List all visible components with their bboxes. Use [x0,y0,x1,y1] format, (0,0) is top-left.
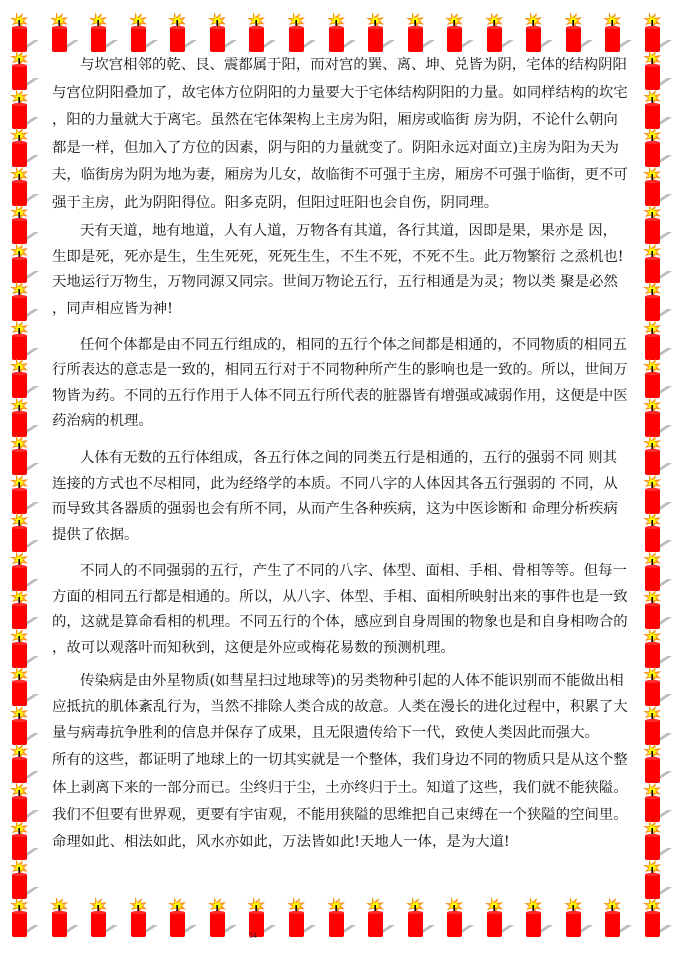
text-line: ，故可以观落叶而知秋到，这便是外应或梅花易数的预测机理。 [52,639,455,657]
firecracker-icon [6,280,40,324]
text-line: 强于主房，此为阴阳得位。阳多克阴，但阳过旺阳也会自伤，阴同理。 [52,194,498,212]
firecracker-icon [6,665,40,709]
firecracker-icon [283,896,317,940]
firecracker-icon [639,511,673,555]
firecracker-icon [639,126,673,170]
firecracker-icon [639,88,673,132]
firecracker-icon [481,11,515,55]
firecracker-icon [6,357,40,401]
firecracker-icon [6,396,40,440]
firecracker-icon [6,319,40,363]
firecracker-icon [204,896,238,940]
firecracker-icon [85,896,119,940]
firecracker-icon [6,434,40,478]
firecracker-icon [6,858,40,902]
firecracker-icon [164,11,198,55]
text-line: 连接的方式也不尽相同，此为经络学的本质。不同八字的人体因其各五行强弱的 不同，从 [52,475,618,493]
firecracker-icon [243,11,277,55]
text-line: 行所表达的意志是一致的，相同五行对于不同物种所产生的影响也是一致的。所以，世间万 [52,361,628,379]
firecracker-icon [639,357,673,401]
text-line: 天地运行万物生，万物同源又同宗。世间万物论五行，五行相通是为灵；物以类 聚是必然 [52,273,618,291]
firecracker-icon [639,165,673,209]
firecracker-icon [520,896,554,940]
firecracker-icon [6,550,40,594]
firecracker-icon [639,896,673,940]
text-line: 命理如此、相法如此，风水亦如此，万法皆如此!天地人一体，是为大道! [52,833,510,851]
firecracker-icon [639,550,673,594]
text-line: 夫，临街房为阴为地为妻，厢房为儿女，故临街不可强于主房，厢房不可强于临街，更不可 [52,166,628,184]
page-number: 54 [249,931,257,940]
text-line: 都是一样，但加入了方位的因素，阴与阳的力量就变了。阴阳永远对面立)主房为阳为天为 [52,139,619,157]
firecracker-icon [6,511,40,555]
firecracker-icon [125,896,159,940]
firecracker-icon [441,11,475,55]
firecracker-icon [520,11,554,55]
text-line: 而导致其各器质的强弱也会有所不同，从而产生各种疾病，这为中医诊断和 命理分析疾病 [52,500,618,518]
firecracker-icon [125,11,159,55]
firecracker-icon [599,896,633,940]
firecracker-icon [402,11,436,55]
text-line: 生即是死，死亦是生，生生死死，死死生生，不生不死，不死不生。此万物繁衍 之烝机也… [52,248,624,266]
text-line: 提供了依据。 [52,526,138,544]
firecracker-icon [6,896,40,940]
text-line: 不同人的不同强弱的五行，产生了不同的八字、体型、面相、手相、骨相等等。但每一 [80,562,627,580]
text-line: 应抵抗的肌体紊乱行为，当然不排除人类合成的故意。人类在漫长的进化过程中，积累了大 [52,698,628,716]
firecracker-icon [639,11,673,55]
firecracker-icon [639,665,673,709]
text-line: 我们不但要有世界观，更要有宇宙观，不能用狭隘的思维把自己束缚在一个狭隘的空间里。 [52,806,628,824]
firecracker-icon [204,11,238,55]
firecracker-icon [164,896,198,940]
firecracker-icon [323,896,357,940]
firecracker-icon [6,126,40,170]
firecracker-icon [639,473,673,517]
firecracker-icon [639,742,673,786]
firecracker-icon [6,203,40,247]
firecracker-icon [46,896,80,940]
firecracker-icon [639,280,673,324]
text-line: 药治病的机理。 [52,412,153,430]
text-line: 天有天道，地有地道，人有人道，万物各有其道，各行其道，因即是果，果亦是 因， [80,222,617,240]
firecracker-icon [6,781,40,825]
firecracker-icon [639,819,673,863]
text-line: 体上剥离下来的一部分而已。尘终归于尘，土亦终归于土。知道了这些，我们就不能狭隘。 [52,779,628,797]
firecracker-icon [323,11,357,55]
firecracker-icon [6,11,40,55]
firecracker-icon [639,704,673,748]
firecracker-icon [639,434,673,478]
text-line: 的，这就是算命看相的机理。不同五行的个体，感应到自身周围的物象也是和自身相吻合的 [52,613,628,631]
firecracker-icon [639,203,673,247]
firecracker-icon [6,473,40,517]
text-line: 方面的相同五行都是相通的。所以，从八字、体型、手相、面相所映射出来的事件也是一致 [52,588,628,606]
firecracker-icon [481,896,515,940]
document-page: 与坎宫相邻的乾、艮、震都属于阳，而对宫的巽、离、坤、兑皆为阴，宅体的结构阴阳与宫… [0,0,679,953]
firecracker-icon [441,896,475,940]
firecracker-icon [6,88,40,132]
text-line: 传染病是由外星物质(如彗星扫过地球等)的另类物种引起的人体不能识别而不能做出相 [80,672,624,690]
text-line: 与宫位阴阳叠加了，故宅体方位阴阳的力量要大于宅体结构阴阳的力量。如同样结构的坎宅 [52,84,628,102]
firecracker-icon [362,896,396,940]
firecracker-icon [283,11,317,55]
text-line: ，阳的力量就大于离宅。虽然在宅体架构上主房为阳，厢房或临街 房为阴，不论什么朝向 [52,111,618,129]
text-line: 量与病毒抗争胜利的信息并保存了成果，且无限遗传给下一代，致使人类因此而强大。 [52,724,599,742]
firecracker-icon [639,588,673,632]
text-line: 物皆为药。不同的五行作用于人体不同五行所代表的脏器皆有增强或减弱作用，这便是中医 [52,387,628,405]
firecracker-icon [85,11,119,55]
firecracker-icon [6,742,40,786]
firecracker-icon [639,49,673,93]
firecracker-icon [639,242,673,286]
firecracker-icon [6,627,40,671]
firecracker-icon [46,11,80,55]
firecracker-icon [6,819,40,863]
firecracker-icon [362,11,396,55]
firecracker-icon [599,11,633,55]
firecracker-icon [6,165,40,209]
text-line: ，同声相应皆为神! [52,300,173,318]
firecracker-icon [639,781,673,825]
firecracker-icon [6,704,40,748]
firecracker-icon [639,396,673,440]
text-line: 任何个体都是由不同五行组成的，相同的五行个体之间都是相通的，不同物质的相同五 [80,336,627,354]
text-line: 与坎宫相邻的乾、艮、震都属于阳，而对宫的巽、离、坤、兑皆为阴，宅体的结构阴阳 [80,56,627,74]
firecracker-icon [639,627,673,671]
firecracker-icon [6,588,40,632]
firecracker-icon [639,319,673,363]
firecracker-icon [639,858,673,902]
firecracker-icon [560,11,594,55]
firecracker-icon [6,49,40,93]
text-line: 人体有无数的五行体组成，各五行体之间的同类五行是相通的，五行的强弱不同 则其 [80,449,617,467]
firecracker-icon [560,896,594,940]
firecracker-icon [6,242,40,286]
text-line: 所有的这些，都证明了地球上的一切其实就是一个整体，我们身边不同的物质只是从这个整 [52,751,628,769]
firecracker-icon [402,896,436,940]
